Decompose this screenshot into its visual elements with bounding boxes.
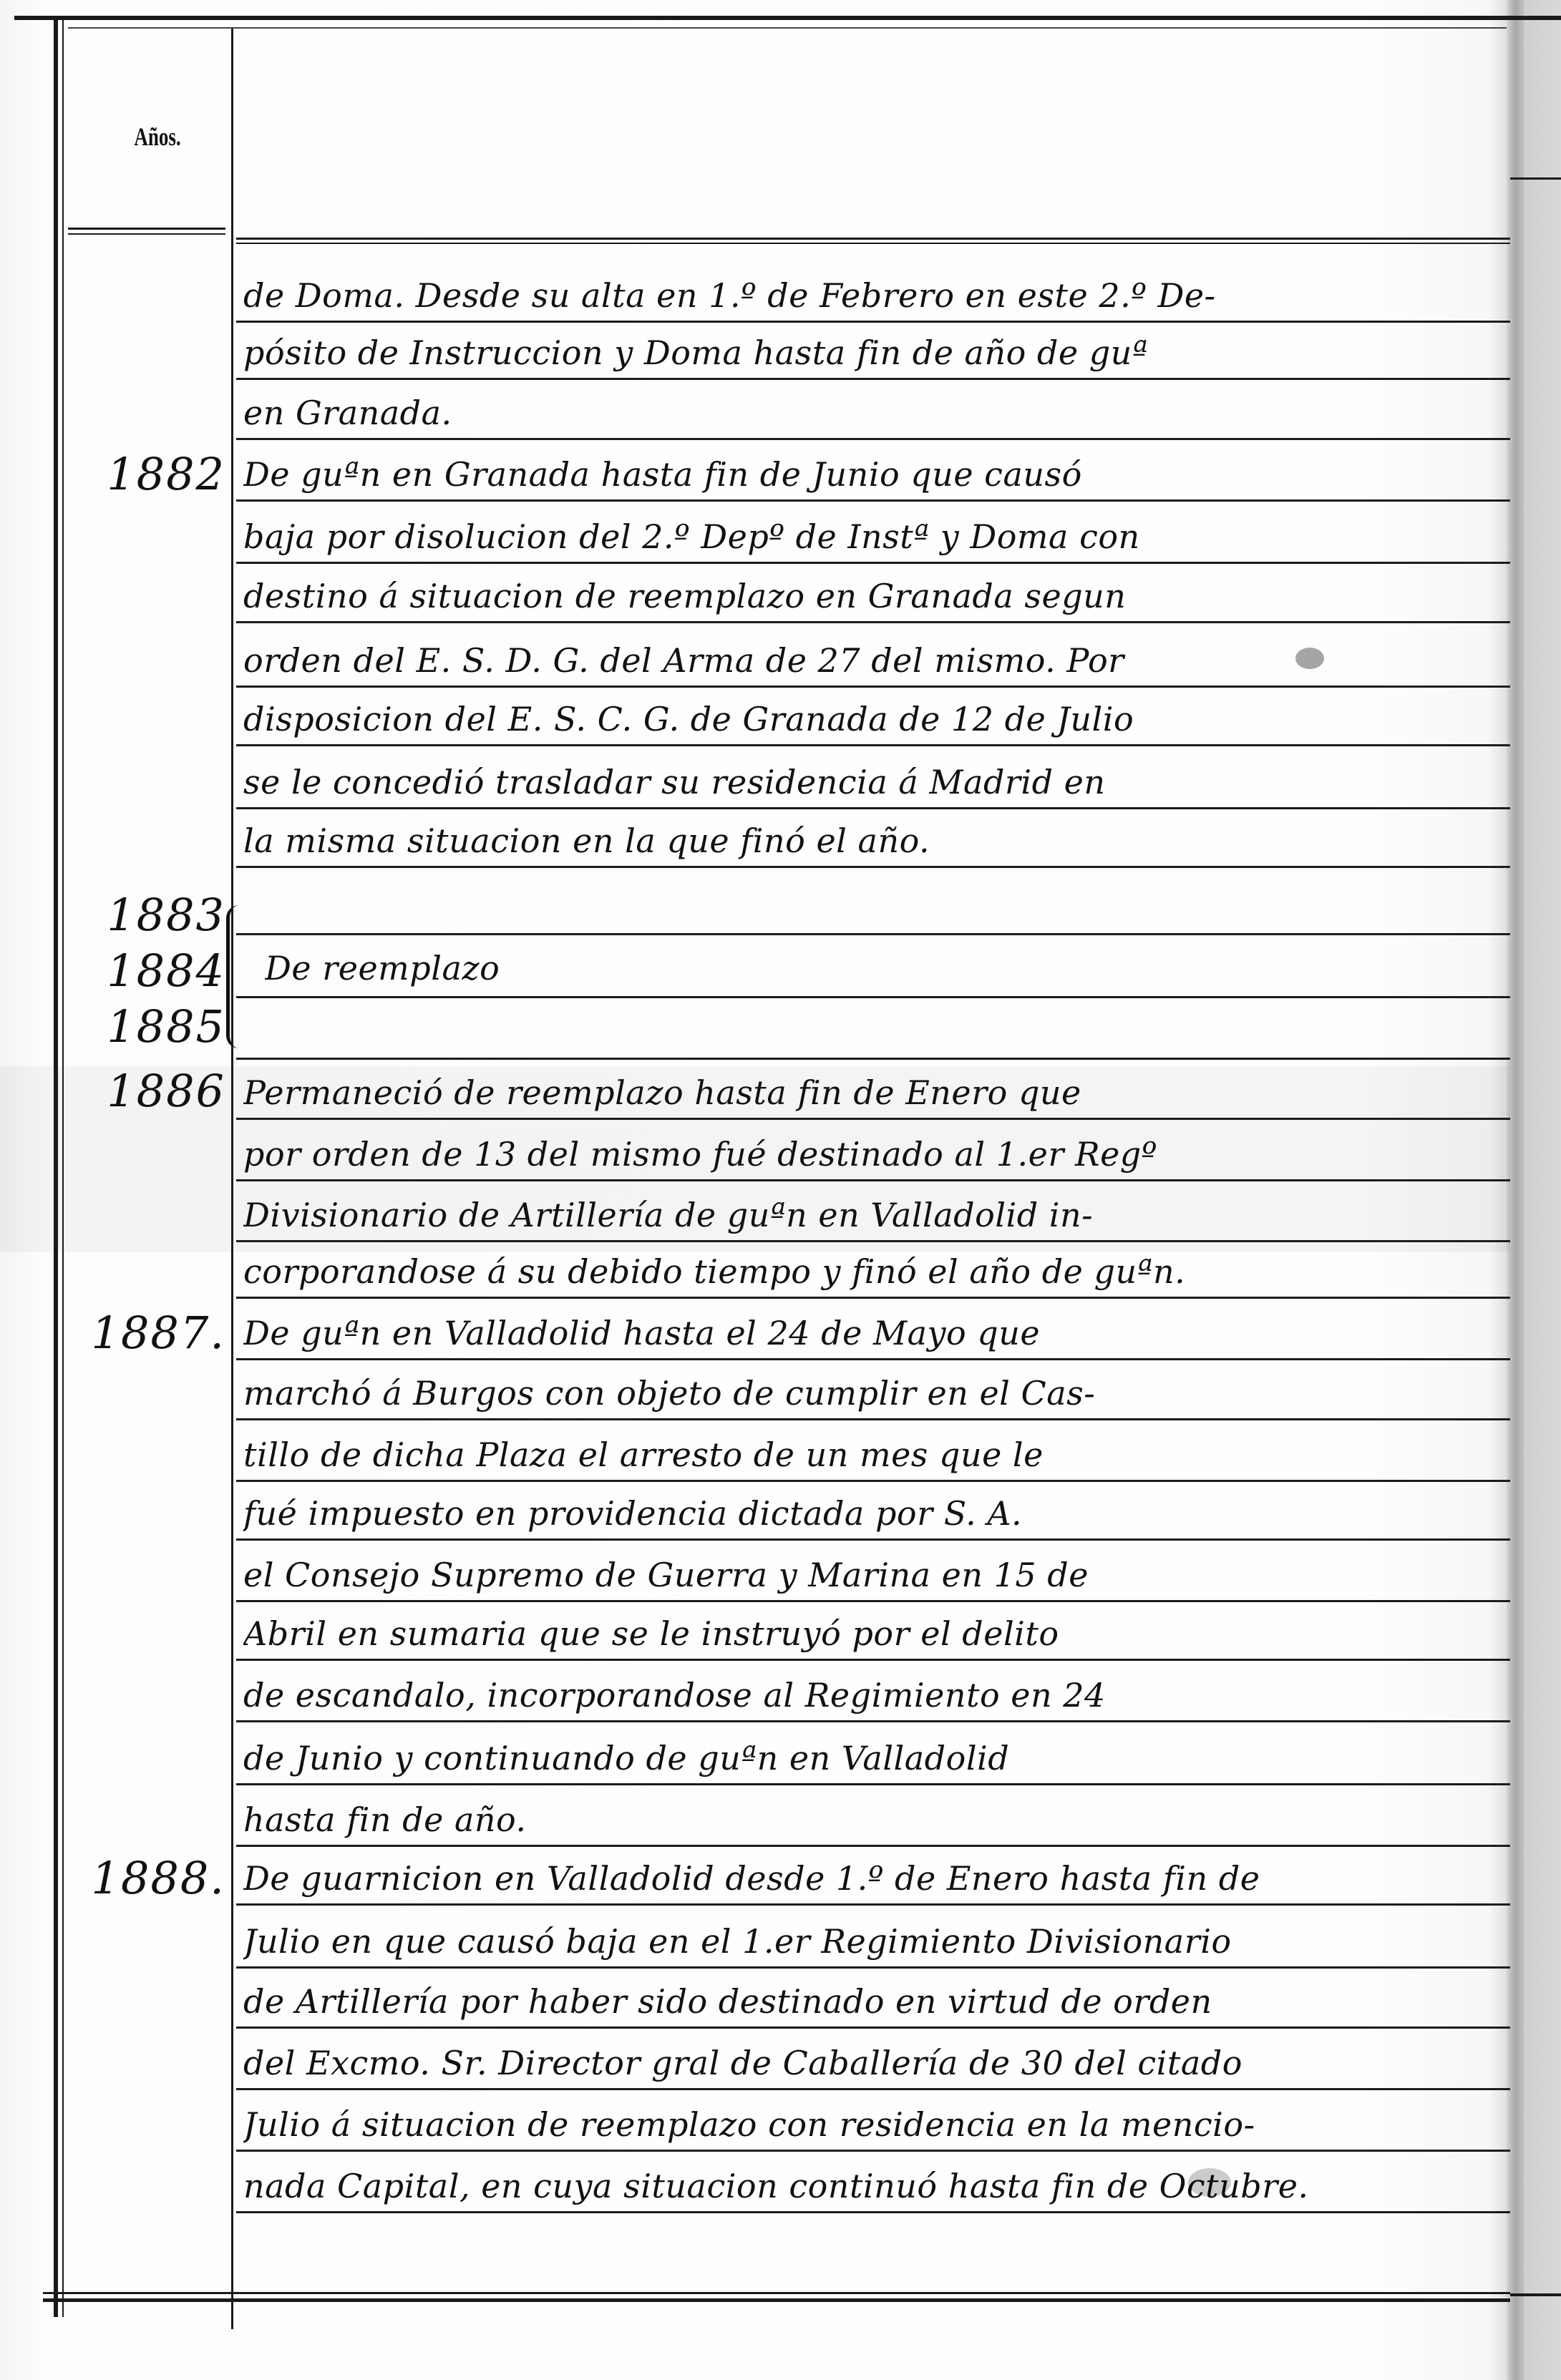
year-label: 1884 [86, 946, 225, 996]
ruled-line [236, 1058, 1510, 1060]
entry-line: tillo de dicha Plaza el arresto de un me… [243, 1430, 1503, 1480]
entry-line: en Granada. [243, 388, 1503, 438]
ruled-line [236, 378, 1510, 380]
entry-line: de Artillería por haber sido destinado e… [243, 1976, 1503, 2027]
document-page: Años. de Doma. Desde su alta en 1.º de F… [0, 0, 1561, 2380]
ruled-line [236, 438, 1510, 440]
header-separator [236, 243, 1510, 244]
ruled-line [236, 1480, 1510, 1482]
entry-line: Julio á situacion de reemplazo con resid… [243, 2099, 1503, 2150]
entry-line: el Consejo Supremo de Guerra y Marina en… [243, 1550, 1503, 1600]
entry-line: De guªn en Granada hasta fin de Junio qu… [243, 449, 1503, 499]
entry-line: De reemplazo [265, 943, 1524, 993]
ruled-line [236, 1966, 1510, 1969]
entry-line: hasta fin de año. [243, 1795, 1503, 1845]
entry-line: de Doma. Desde su alta en 1.º de Febrero… [243, 270, 1503, 321]
ruled-line [236, 807, 1510, 809]
entry-line: la misma situacion en la que finó el año… [243, 816, 1503, 866]
ruled-line [236, 2150, 1510, 2152]
ruled-line [236, 744, 1510, 746]
ruled-line [236, 1418, 1510, 1420]
ruled-line [236, 1659, 1510, 1661]
bottom-border-rule [43, 2292, 1510, 2294]
ruled-line [236, 866, 1510, 868]
year-label: 1886 [86, 1066, 225, 1116]
ruled-line [236, 1358, 1510, 1360]
entry-line: Divisionario de Artillería de guªn en Va… [243, 1190, 1503, 1240]
ruled-line [236, 562, 1510, 564]
entry-line: de Junio y continuando de guªn en Vallad… [243, 1733, 1503, 1783]
year-range-brace [226, 905, 245, 1048]
adjacent-page-edge [1510, 177, 1561, 180]
year-label: 1888. [86, 1853, 225, 1903]
ruled-line [236, 933, 1510, 935]
year-label: 1887. [86, 1308, 225, 1358]
ruled-line [236, 1903, 1510, 1906]
ruled-line [236, 686, 1510, 688]
entry-line: marchó á Burgos con objeto de cumplir en… [243, 1368, 1503, 1418]
ruled-line [236, 1118, 1510, 1120]
ruled-line [236, 2027, 1510, 2029]
year-label: 1885 [86, 1002, 225, 1052]
ruled-line [236, 996, 1510, 998]
entry-line: disposicion del E. S. C. G. de Granada d… [243, 694, 1503, 744]
header-separator [68, 233, 225, 235]
entry-line: corporandose á su debido tiempo y finó e… [243, 1247, 1503, 1297]
years-column-divider [231, 29, 233, 2329]
entry-line: del Excmo. Sr. Director gral de Caballer… [243, 2038, 1503, 2088]
entry-line: pósito de Instruccion y Doma hasta fin d… [243, 328, 1503, 378]
ruled-line [236, 1600, 1510, 1602]
entry-line: por orden de 13 del mismo fué destinado … [243, 1129, 1503, 1179]
top-border-rule-thin [68, 27, 1507, 29]
ruled-line [236, 321, 1510, 323]
top-border-rule [14, 16, 1560, 20]
years-column-header: Años. [120, 122, 195, 152]
entry-line: Abril en sumaria que se le instruyó por … [243, 1609, 1503, 1659]
ruled-line [236, 2088, 1510, 2090]
year-label: 1883 [86, 890, 225, 940]
adjacent-page-edge [1510, 16, 1561, 20]
ink-stain [1188, 2168, 1231, 2197]
entry-line: se le concedió trasladar su residencia á… [243, 757, 1503, 807]
left-border-inner [62, 20, 64, 2317]
header-separator [236, 238, 1510, 240]
ruled-line [236, 1538, 1510, 1541]
adjacent-page-edge [1510, 2293, 1561, 2296]
ruled-line [236, 1845, 1510, 1847]
ruled-line [236, 1240, 1510, 1242]
ruled-line [236, 499, 1510, 502]
ruled-line [236, 1720, 1510, 1722]
ruled-line [236, 621, 1510, 623]
ink-stain [1295, 648, 1324, 669]
entry-line: baja por disolucion del 2.º Depº de Inst… [243, 512, 1503, 562]
header-separator [68, 228, 225, 230]
entry-line: Permaneció de reemplazo hasta fin de Ene… [243, 1068, 1503, 1118]
ruled-line [236, 1783, 1510, 1785]
binding-shadow [1507, 0, 1524, 2380]
ruled-line [236, 2211, 1510, 2213]
bottom-border-rule [43, 2298, 1510, 2302]
entry-line: Julio en que causó baja en el 1.er Regim… [243, 1916, 1503, 1966]
entry-line: De guªn en Valladolid hasta el 24 de May… [243, 1308, 1503, 1358]
entry-line: nada Capital, en cuya situacion continuó… [243, 2161, 1503, 2211]
ruled-line [236, 1297, 1510, 1299]
entry-line: de escandalo, incorporandose al Regimien… [243, 1670, 1503, 1720]
left-border-outer [54, 20, 58, 2317]
entry-line: De guarnicion en Valladolid desde 1.º de… [243, 1853, 1503, 1903]
entry-line: destino á situacion de reemplazo en Gran… [243, 571, 1503, 621]
ruled-line [236, 1179, 1510, 1181]
year-label: 1882 [86, 449, 225, 499]
entry-line: fué impuesto en providencia dictada por … [243, 1488, 1503, 1538]
